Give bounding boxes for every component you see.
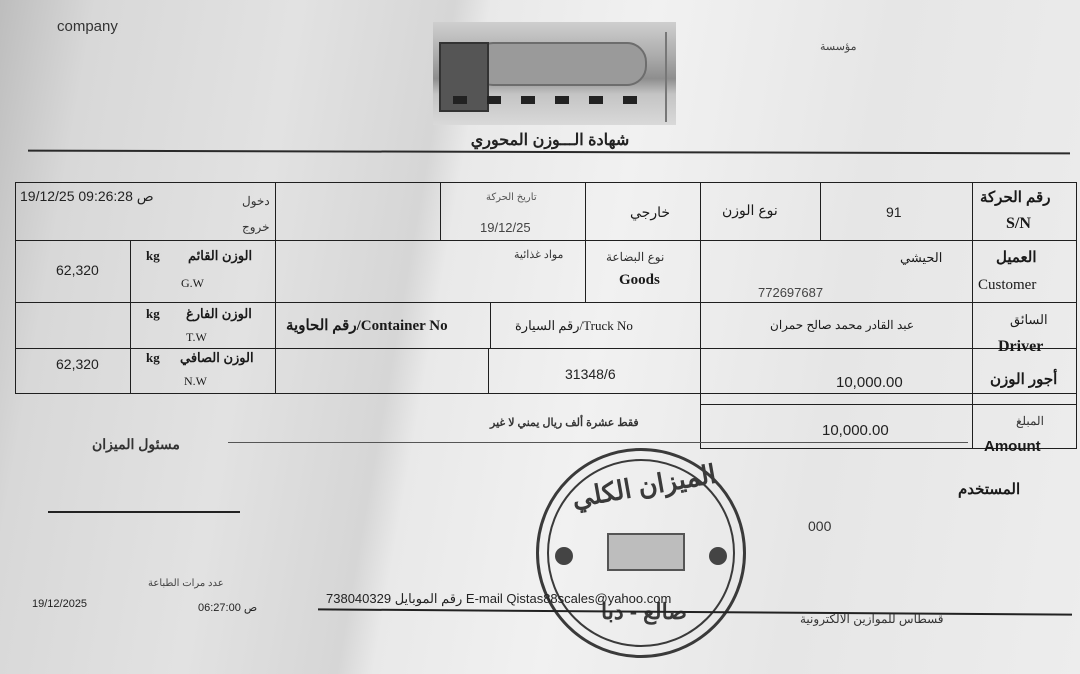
- tare-weight-unit: kg: [146, 306, 160, 322]
- contact-info: 738040329 رقم الموبايل E-mail Qistas88sc…: [326, 591, 671, 607]
- entry-label: دخول: [242, 194, 270, 208]
- table-row-divider: [15, 393, 1077, 394]
- company-label: company: [57, 18, 118, 35]
- movement-date-label: تاريخ الحركة: [486, 192, 537, 203]
- header-divider: [28, 150, 1070, 155]
- tare-weight-label-en: T.W: [186, 330, 207, 345]
- entry-datetime-value: 19/12/25 09:26:28 ص: [20, 188, 154, 204]
- vendor-brand: قسطاس للموازين الالكترونية: [800, 612, 944, 626]
- gross-weight-value: 62,320: [56, 262, 99, 278]
- print-date: 19/12/2025: [32, 598, 87, 610]
- customer-name: الحيشي: [900, 250, 942, 266]
- weight-type-value: خارجي: [630, 204, 670, 221]
- amount-label-ar: المبلغ: [1016, 414, 1044, 428]
- driver-label-en: Driver: [998, 338, 1043, 356]
- wheels-shape: [453, 96, 653, 104]
- user-value: 000: [808, 518, 831, 534]
- weight-type-label: نوع الوزن: [722, 202, 778, 219]
- customer-label-en: Customer: [978, 277, 1036, 294]
- serial-value: 91: [886, 204, 902, 220]
- table-row-divider: [15, 348, 1077, 349]
- amount-label-en: Amount: [984, 438, 1041, 455]
- table-col-divider: [440, 182, 441, 240]
- stamp-emblem-icon: [709, 547, 727, 565]
- table-col-divider: [820, 182, 821, 240]
- tare-weight-label-ar: الوزن الفارغ: [186, 306, 252, 322]
- gross-weight-label-en: G.W: [181, 276, 204, 291]
- pole-shape: [665, 32, 667, 122]
- net-weight-label-en: N.W: [184, 374, 207, 389]
- stamp-emblem-icon: [555, 547, 573, 565]
- table-border-top: [15, 182, 1077, 183]
- table-col-divider: [130, 240, 131, 393]
- driver-label-ar: السائق: [1010, 312, 1048, 328]
- tanker-body-shape: [473, 42, 647, 86]
- driver-name: عبد القادر محمد صالح حمران: [770, 318, 914, 332]
- goods-value: مواد غذائية: [514, 248, 563, 261]
- table-col-divider: [972, 182, 973, 448]
- gross-weight-unit: kg: [146, 248, 160, 264]
- serial-label-en: S/N: [1006, 215, 1031, 233]
- table-col-divider: [490, 302, 491, 348]
- gross-weight-label-ar: الوزن القائم: [188, 248, 252, 264]
- signature-line: [48, 511, 240, 513]
- signature-line: [228, 442, 968, 443]
- exit-label: خروج: [242, 220, 270, 234]
- amount-value: 10,000.00: [822, 422, 889, 439]
- weighing-fee-label: أجور الوزن: [990, 370, 1057, 388]
- table-col-divider: [585, 182, 586, 302]
- table-row-divider: [15, 240, 1077, 241]
- goods-label-ar: نوع البضاعة: [606, 250, 664, 264]
- truck-photo: [433, 22, 676, 125]
- table-row-divider: [15, 302, 1077, 303]
- table-row-divider: [700, 404, 1077, 405]
- table-col-divider: [275, 182, 276, 393]
- table-border-left: [15, 182, 16, 393]
- net-weight-label-ar: الوزن الصافي: [180, 350, 254, 366]
- scale-officer-label: مسئول الميزان: [92, 436, 180, 453]
- serial-label-ar: رقم الحركة: [980, 188, 1050, 206]
- net-weight-value: 62,320: [56, 356, 99, 372]
- stamp-truck-icon: [607, 533, 685, 571]
- container-no-label: رقم الحاوية/Container No: [286, 316, 448, 335]
- goods-label-en: Goods: [619, 272, 660, 289]
- certificate-title: شهادة الـــوزن المحوري: [420, 130, 680, 150]
- customer-label-ar: العميل: [996, 248, 1037, 266]
- establishment-label: مؤسسة: [820, 40, 857, 53]
- weighing-fee-value: 10,000.00: [836, 374, 903, 391]
- table-border-right: [1076, 182, 1077, 448]
- print-count-label: عدد مرات الطباعة: [148, 578, 224, 589]
- table-col-divider: [700, 182, 701, 448]
- print-time: 06:27:00 ص: [198, 601, 257, 614]
- customer-phone: 772697687: [758, 285, 823, 300]
- amount-in-words: فقط عشرة ألف ريال يمني لا غير: [490, 416, 639, 429]
- table-col-divider: [488, 348, 489, 393]
- official-stamp: الميزان الكلي صالع - دبا: [536, 448, 746, 658]
- movement-date-value: 19/12/25: [480, 220, 531, 235]
- entry-exit-datetime: 19/12/25 09:26:28 ص: [20, 188, 154, 206]
- truck-no-label: رقم السيارة/Truck No: [515, 318, 633, 334]
- user-label: المستخدم: [958, 480, 1020, 498]
- net-weight-unit: kg: [146, 350, 160, 366]
- truck-no-value: 31348/6: [565, 366, 616, 382]
